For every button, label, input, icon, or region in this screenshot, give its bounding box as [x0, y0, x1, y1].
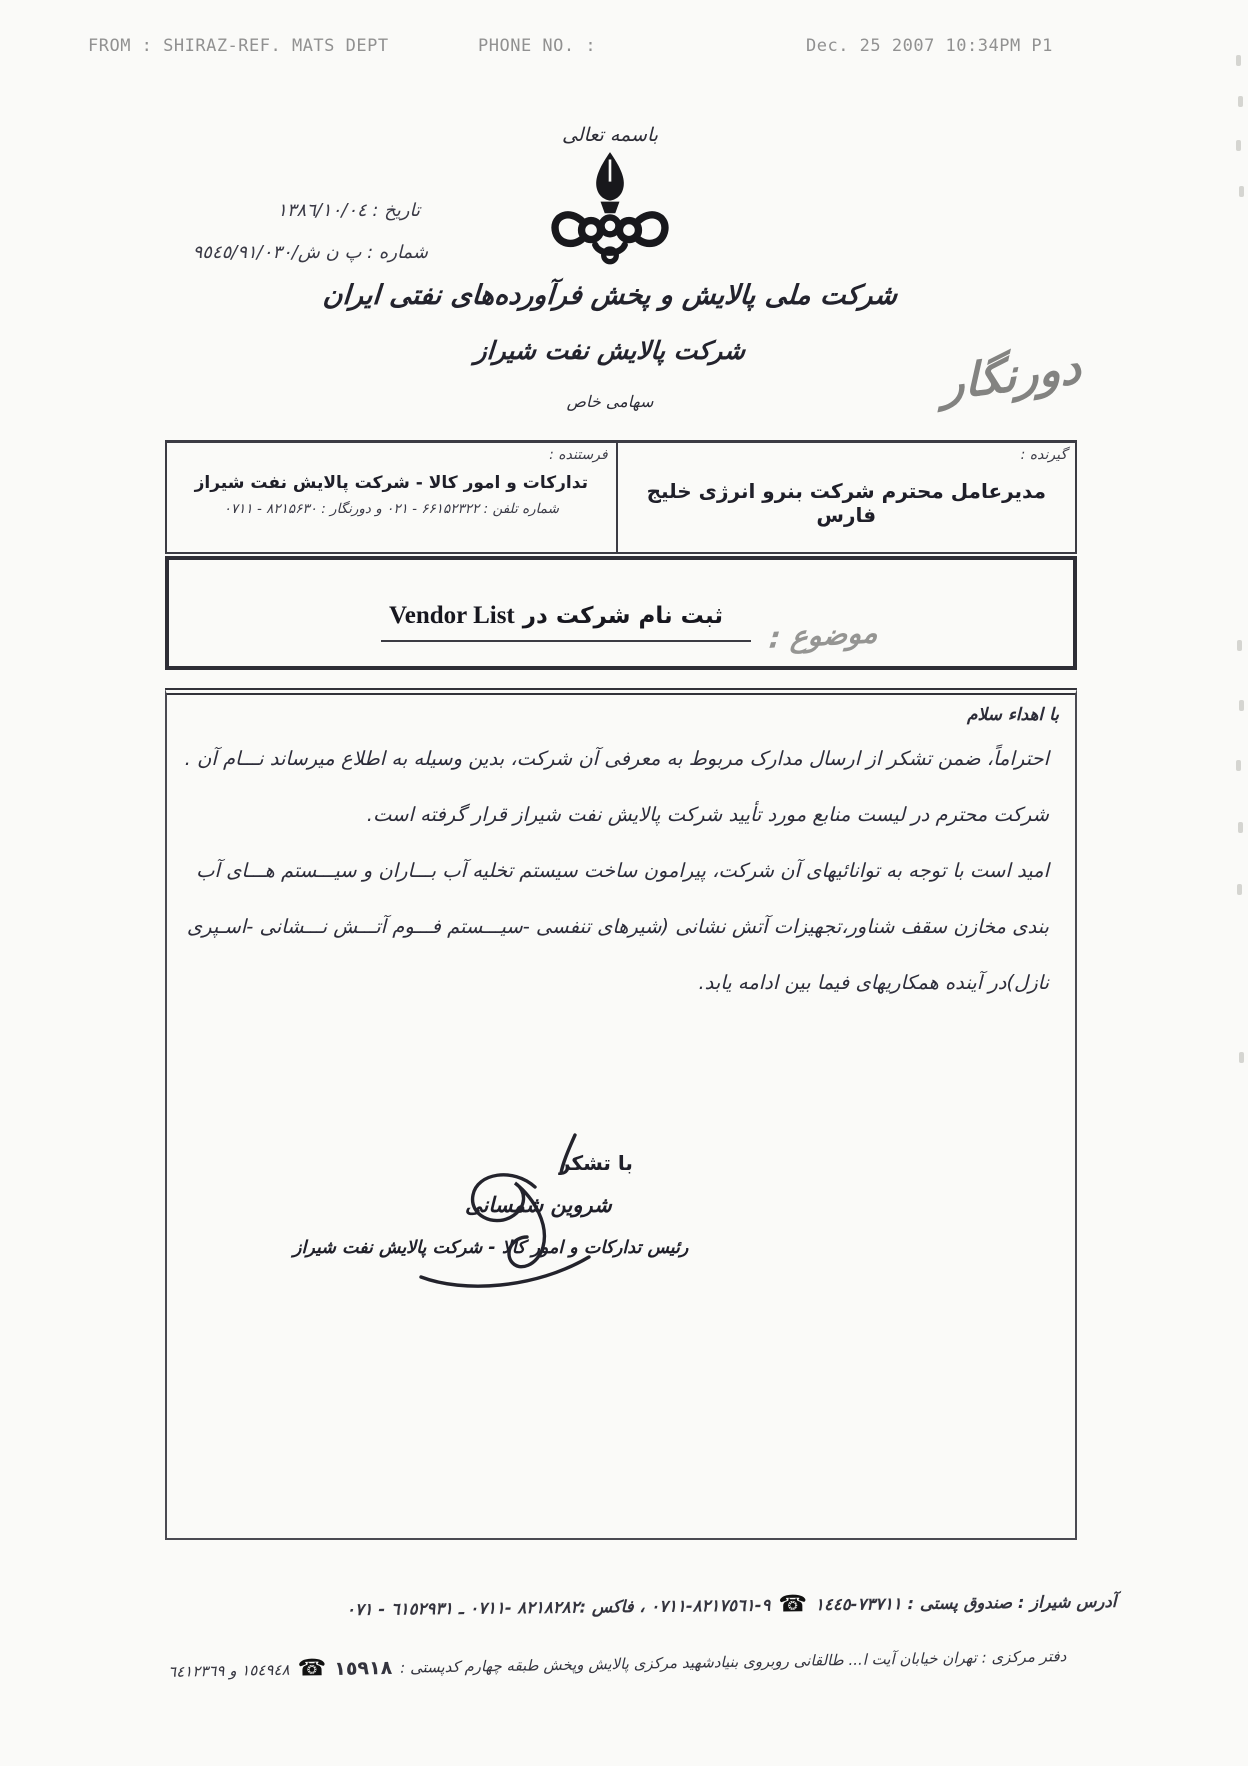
fax-handwritten-stamp: دورنگار — [942, 339, 1081, 410]
footer-central-office-text: دفتر مرکزی : تهران خیابان آیت ا... طالقا… — [400, 1647, 1066, 1677]
body-line: بندی مخازن سقف شناور،تجهیزات آتش نشانی (… — [193, 915, 1049, 938]
scan-artifact — [1239, 1052, 1244, 1063]
fax-phone-no-text: PHONE NO. : — [478, 36, 596, 56]
sender-phone-line: شماره تلفن : ۶۶۱۵۲۳۲۲ - ۰۲۱ و دورنگار : … — [177, 501, 606, 517]
fax-document-page: FROM : SHIRAZ-REF. MATS DEPT PHONE NO. :… — [0, 0, 1248, 1766]
subject-box: ثبت نام شرکت در Vendor List موضوع : — [165, 556, 1077, 670]
sender-cell: فرستنده : تدارکات و امور کالا - شرکت پال… — [167, 443, 616, 552]
scan-artifact — [1236, 140, 1241, 151]
subject-title: ثبت نام شرکت در Vendor List — [114, 602, 1018, 642]
body-line: احتراماً، ضمن تشکر از ارسال مدارک مربوط … — [193, 747, 1049, 770]
nioc-torch-logo-icon — [546, 150, 674, 268]
footer-phone-numbers: ٩-٨٢١٧٥٦١-٠٧١١ ، فاکس :٨٢١٨٢٨٢ -٠٧١١ ـ ٦… — [346, 1596, 771, 1619]
handwritten-signature-icon — [407, 1127, 617, 1297]
recipient-label: گیرنده : — [1021, 447, 1067, 463]
fax-from-text: FROM : SHIRAZ-REF. MATS DEPT — [88, 36, 389, 56]
footer-postal-code: ١٥٩١٨ — [334, 1656, 392, 1679]
letter-body-box: با اهداء سلام احتراماً، ضمن تشکر از ارسا… — [165, 688, 1077, 1540]
scan-artifact — [1237, 640, 1242, 651]
footer-phone-numbers: ١٥٤٩٤٨ و ٦٤١٢٣٦٩ — [168, 1660, 290, 1680]
footer-address-text: آدرس شیراز : صندوق پستی : ٧٣٧١١-١٤٤٥ — [815, 1592, 1116, 1614]
letter-number: شماره : پ ن ش/٩٥٤٥/٩١/٠٣٠ — [193, 242, 428, 263]
subject-text-fa: ثبت نام شرکت در — [523, 603, 723, 629]
subject-text-en: Vendor List — [389, 602, 515, 629]
subject-label-stamp: موضوع : — [768, 615, 880, 655]
footer-shiraz-address: آدرس شیراز : صندوق پستی : ٧٣٧١١-١٤٤٥ ☎ ٩… — [346, 1590, 1117, 1621]
company-type: سهامی خاص — [520, 392, 700, 411]
recipient-cell: گیرنده : مدیرعامل محترم شرکت بنرو انرژی … — [616, 443, 1075, 552]
address-table: گیرنده : مدیرعامل محترم شرکت بنرو انرژی … — [165, 440, 1077, 554]
company-name-main: شرکت ملی پالایش و پخش فرآورده‌های نفتی ا… — [299, 280, 921, 311]
bismillah-text: باسمه تعالی — [520, 124, 700, 146]
body-line: امید است با توجه به توانائیهای آن شرکت، … — [193, 859, 1049, 882]
scan-artifact — [1238, 96, 1243, 107]
fax-datetime-text: Dec. 25 2007 10:34PM P1 — [806, 36, 1053, 56]
scan-artifact — [1236, 55, 1241, 66]
scan-artifact — [1239, 186, 1244, 197]
footer-tehran-address: دفتر مرکزی : تهران خیابان آیت ا... طالقا… — [167, 1644, 1066, 1683]
body-line: نازل)در آینده همکاریهای فیما بین ادامه ی… — [193, 971, 1049, 994]
telephone-icon: ☎ — [778, 1593, 807, 1616]
body-line: شرکت محترم در لیست منابع مورد تأیید شرکت… — [193, 803, 1049, 826]
scan-artifact — [1236, 760, 1241, 771]
scan-artifact — [1239, 700, 1244, 711]
sender-label: فرستنده : — [549, 447, 607, 463]
subject-title-inner: ثبت نام شرکت در Vendor List — [381, 602, 751, 642]
recipient-value: مدیرعامل محترم شرکت بنرو انرژی خلیج فارس — [628, 479, 1065, 527]
letter-date: تاریخ : ١٣٨٦/١٠/٠٤ — [277, 200, 420, 221]
fax-transmission-header: FROM : SHIRAZ-REF. MATS DEPT PHONE NO. :… — [0, 36, 1248, 60]
scan-artifact — [1238, 822, 1243, 833]
salutation-text: با اهداء سلام — [967, 705, 1059, 725]
company-name-refinery: شرکت پالایش نفت شیراز — [389, 336, 831, 365]
telephone-icon: ☎ — [297, 1657, 326, 1680]
scan-artifact — [1237, 884, 1242, 895]
sender-value: تدارکات و امور کالا - شرکت پالایش نفت شی… — [177, 473, 606, 493]
